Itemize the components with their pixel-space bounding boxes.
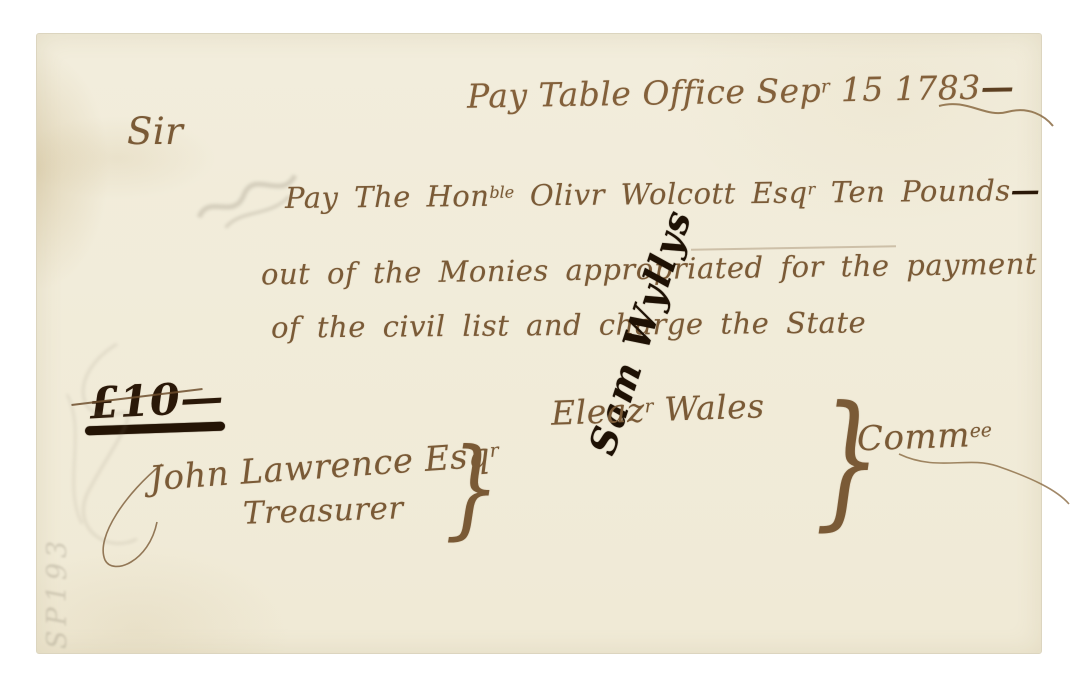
edge-docket-mark: SP193 (42, 519, 72, 649)
bleedthrough-smudge-top (179, 140, 330, 250)
committee-superscript: ee (969, 420, 992, 442)
wales-name: Eleaz (550, 390, 645, 432)
signature-eleazr-wales: Eleazr Wales (550, 386, 765, 432)
dateline-place: Pay Table Office Sep (467, 71, 822, 116)
salutation: Sir (127, 110, 183, 153)
body-line-3: of the civil list and charge the State (271, 305, 866, 344)
addressee-brace: } (445, 426, 500, 551)
dateline-superscript: r (821, 76, 830, 97)
body-line-1-dash: — (1011, 173, 1041, 207)
amount-dash: — (179, 373, 225, 425)
addressee-name-text: John Lawrence Esq (148, 435, 491, 499)
manuscript-paper: Pay Table Office Sepr 15 1783— Sir Pay T… (36, 33, 1042, 654)
dateline-flourish (937, 96, 1057, 132)
wales-surname: Wales (653, 386, 766, 429)
addressee-title: Treasurer (242, 490, 404, 532)
body-line-1-sum: Ten Pounds (815, 173, 1011, 209)
committee-swash (897, 446, 1072, 508)
scanned-document-page: { "paper": { "background_color": "#f2edd… (0, 0, 1080, 697)
body-line-1-sup-ble: ble (489, 183, 514, 202)
committee-brace: } (815, 374, 881, 545)
dateline: Pay Table Office Sepr 15 1783— (467, 67, 1015, 116)
